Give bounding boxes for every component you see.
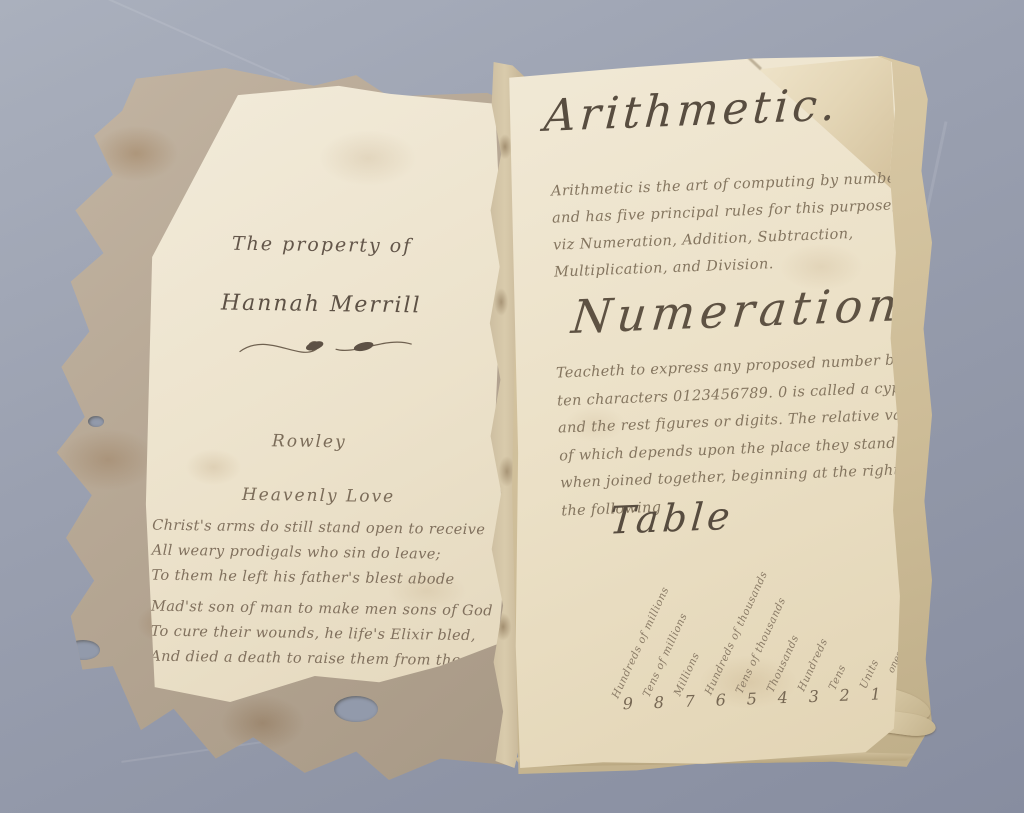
poem-line: To them he left his father's blest abode xyxy=(151,564,503,594)
numeration-table: Hundreds of millions Tens of millions Mi… xyxy=(504,39,935,770)
table-digit: 9 xyxy=(622,694,633,713)
pen-flourish-icon xyxy=(235,328,416,369)
cover-hole xyxy=(88,416,104,427)
poem-verse: Christ's arms do still stand open to rec… xyxy=(150,514,504,675)
cover-hole xyxy=(66,640,100,660)
table-digit: 5 xyxy=(746,689,757,708)
poem-title: Heavenly Love xyxy=(138,483,498,508)
place-value-column: Hundreds xyxy=(796,637,831,694)
table-digit: 1 xyxy=(870,684,881,703)
table-digit: 7 xyxy=(684,691,695,710)
background-scratch xyxy=(70,0,290,81)
owner-name: Hannah Merrill xyxy=(141,289,501,319)
table-digit: 2 xyxy=(839,686,850,705)
table-digit: 6 xyxy=(715,690,726,709)
right-page: Arithmetic. Arithmetic is the art of com… xyxy=(506,52,910,768)
table-digit: 3 xyxy=(808,687,819,706)
cover-hole xyxy=(334,696,378,722)
table-digit: 8 xyxy=(653,693,664,712)
right-page-content: Arithmetic. Arithmetic is the art of com… xyxy=(504,39,935,770)
ownership-line: The property of xyxy=(142,231,502,258)
place-value-column: Hundreds of millions xyxy=(610,585,672,700)
left-page: The property of Hannah Merrill Rowley He… xyxy=(140,84,508,702)
table-digit: 4 xyxy=(777,688,788,707)
photo-scene: The property of Hannah Merrill Rowley He… xyxy=(0,0,1024,813)
place-name: Rowley xyxy=(139,429,479,454)
